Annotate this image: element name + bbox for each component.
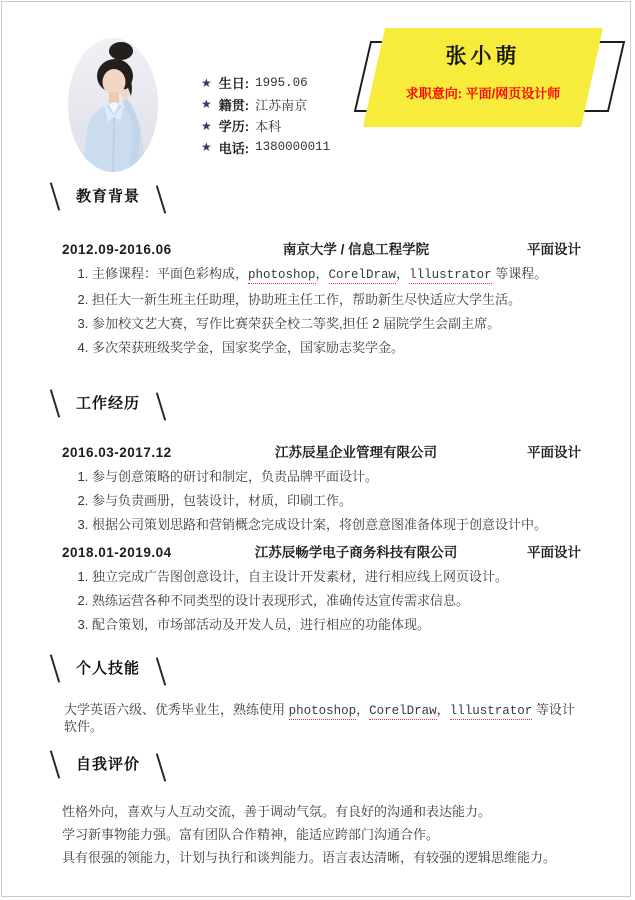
list-item: 参与负责画册，包装设计，材质，印刷工作。 (92, 493, 585, 508)
entry-organization: 江苏辰星企业管理有限公司 (237, 441, 475, 461)
entry-organization: 江苏辰畅学电子商务科技有限公司 (237, 541, 475, 561)
star-icon: ★ (201, 140, 212, 154)
list-item: 根据公司策划思路和营销概念完成设计案，将创意意图准备体现于创意设计中。 (92, 517, 585, 532)
entry-organization: 南京大学 / 信息工程学院 (237, 238, 475, 258)
section-title: 自我评价 (69, 751, 147, 776)
applicant-photo (68, 38, 158, 172)
section-header-evaluation: 自我评价 (54, 750, 585, 780)
star-icon: ★ (201, 119, 212, 133)
slash-decoration-icon (50, 654, 60, 682)
resume-body: 教育背景 2012.09-2016.06 南京大学 / 信息工程学院 平面设计 … (2, 182, 630, 865)
info-value: 1995.06 (255, 76, 308, 90)
entry-role-tag: 平面设计 (475, 238, 585, 258)
slash-decoration-icon (50, 389, 60, 417)
applicant-photo-illustration (68, 38, 158, 172)
resume-page: ★ 生日: 1995.06 ★ 籍贯: 江苏南京 ★ 学历: 本科 ★ 电话: … (1, 1, 631, 897)
evaluation-paragraphs: 性格外向，喜欢与人互动交流，善于调动气氛。有良好的沟通和表达能力。 学习新事物能… (62, 804, 585, 865)
slash-decoration-icon (156, 392, 166, 420)
info-label: 学历: (219, 116, 249, 135)
name-badge: 张小萌 求职意向: 平面/网页设计师 (374, 40, 592, 102)
info-row-phone: ★ 电话: 1380000011 (201, 137, 330, 159)
list-item: 主修课程：平面色彩构成，photoshop，CorelDraw，lllustra… (92, 266, 585, 283)
list-item: 配合策划，市场部活动及开发人员，进行相应的功能体现。 (92, 617, 585, 632)
applicant-name: 张小萌 (374, 40, 592, 70)
section-header-work: 工作经历 (54, 389, 585, 419)
slash-decoration-icon (50, 182, 60, 210)
work-item-list: 参与创意策略的研讨和制定，负责品牌平面设计。 参与负责画册，包装设计，材质，印刷… (62, 469, 585, 532)
slash-decoration-icon (156, 657, 166, 685)
work-item-list: 独立完成广告图创意设计，自主设计开发素材，进行相应线上网页设计。 熟练运营各种不… (62, 569, 585, 632)
section-header-education: 教育背景 (54, 182, 585, 212)
skills-paragraph: 大学英语六级、优秀毕业生，熟练使用 photoshop，CorelDraw，ll… (62, 702, 585, 734)
slash-decoration-icon (156, 753, 166, 781)
star-icon: ★ (201, 97, 212, 111)
info-value: 本科 (255, 116, 281, 135)
info-label: 电话: (219, 138, 249, 157)
list-item: 多次荣获班级奖学金，国家奖学金，国家励志奖学金。 (92, 340, 585, 355)
entry-period: 2016.03-2017.12 (62, 445, 237, 460)
education-item-list: 主修课程：平面色彩构成，photoshop，CorelDraw，lllustra… (62, 266, 585, 355)
info-label: 生日: (219, 73, 249, 92)
info-row-education: ★ 学历: 本科 (201, 115, 330, 137)
job-objective: 求职意向: 平面/网页设计师 (374, 83, 592, 102)
work-entry-header: 2018.01-2019.04 江苏辰畅学电子商务科技有限公司 平面设计 (62, 541, 585, 561)
education-entry-header: 2012.09-2016.06 南京大学 / 信息工程学院 平面设计 (62, 238, 585, 258)
info-value: 1380000011 (255, 140, 330, 154)
list-item: 熟练运营各种不同类型的设计表现形式，准确传达宣传需求信息。 (92, 593, 585, 608)
section-header-skills: 个人技能 (54, 654, 585, 684)
resume-header: ★ 生日: 1995.06 ★ 籍贯: 江苏南京 ★ 学历: 本科 ★ 电话: … (2, 2, 630, 180)
section-title: 工作经历 (69, 390, 147, 415)
info-label: 籍贯: (219, 95, 249, 114)
slash-decoration-icon (50, 750, 60, 778)
entry-role-tag: 平面设计 (475, 441, 585, 461)
evaluation-line: 学习新事物能力强。富有团队合作精神，能适应跨部门沟通合作。 (62, 827, 585, 842)
work-entry-header: 2016.03-2017.12 江苏辰星企业管理有限公司 平面设计 (62, 441, 585, 461)
entry-role-tag: 平面设计 (475, 541, 585, 561)
basic-info-list: ★ 生日: 1995.06 ★ 籍贯: 江苏南京 ★ 学历: 本科 ★ 电话: … (201, 72, 330, 158)
list-item: 参加校文艺大赛，写作比赛荣获全校二等奖,担任 2 届院学生会副主席。 (92, 316, 585, 331)
entry-period: 2018.01-2019.04 (62, 545, 237, 560)
list-item: 参与创意策略的研讨和制定，负责品牌平面设计。 (92, 469, 585, 484)
section-title: 个人技能 (69, 655, 147, 680)
slash-decoration-icon (156, 185, 166, 213)
evaluation-line: 具有很强的领能力，计划与执行和谈判能力。语言表达清晰，有较强的逻辑思维能力。 (62, 850, 585, 865)
star-icon: ★ (201, 76, 212, 90)
info-value: 江苏南京 (255, 95, 307, 114)
info-row-hometown: ★ 籍贯: 江苏南京 (201, 94, 330, 116)
info-row-birthday: ★ 生日: 1995.06 (201, 72, 330, 94)
evaluation-line: 性格外向，喜欢与人互动交流，善于调动气氛。有良好的沟通和表达能力。 (62, 804, 585, 819)
list-item: 独立完成广告图创意设计，自主设计开发素材，进行相应线上网页设计。 (92, 569, 585, 584)
entry-period: 2012.09-2016.06 (62, 242, 237, 257)
list-item: 担任大一新生班主任助理，协助班主任工作，帮助新生尽快适应大学生活。 (92, 292, 585, 307)
section-title: 教育背景 (69, 183, 147, 208)
